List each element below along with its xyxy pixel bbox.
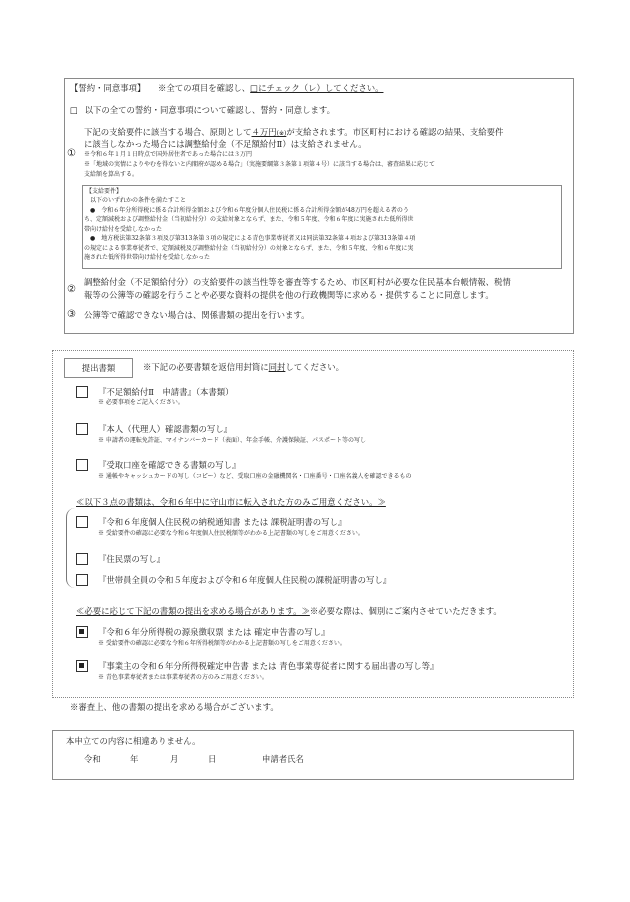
moved-in-heading: ≪以下３点の書類は、令和６年中に守山市に転入された方のみご用意ください。≫ — [76, 496, 386, 508]
requirement-2-line3: 施された低所得世帯向け給付を受給しなかった — [84, 253, 210, 262]
moved-in-bracket — [66, 508, 75, 588]
requirement-2-line1: ● 地方税法第32条第３項及び第313条第３項の規定による青色事業専従者又は同法… — [90, 234, 415, 243]
doc-checkbox-household-tax[interactable] — [76, 574, 88, 586]
item-1-text-b: が支給されます。市区町村における確認の結果、支給要件 — [286, 127, 503, 137]
requirements-intro: 以下のいずれかの条件を満たすこと — [90, 196, 186, 205]
signature-month-label[interactable]: 月 — [170, 753, 178, 765]
doc-title-id: 『本人（代理人）確認書類の写し』 — [98, 423, 232, 435]
as-needed-note: ※必要な際は、個別にご案内させていただきます。 — [310, 606, 502, 616]
doc-checkbox-withholding[interactable] — [76, 626, 88, 638]
requirement-2-line2: の規定による事業専従者で、定額減税及び調整給付金（当初給付分）の対象とならず、ま… — [84, 244, 413, 253]
signature-era: 令和 — [84, 753, 101, 765]
doc-checkbox-bank[interactable] — [76, 459, 88, 471]
signature-day-label[interactable]: 日 — [208, 753, 216, 765]
item-1-amount: ４万円 — [252, 127, 277, 137]
agree-all-row[interactable]: □ 以下の全ての誓約・同意事項について確認し、誓約・同意します。 — [70, 104, 335, 116]
doc-checkbox-application[interactable] — [76, 386, 88, 398]
instruction-text-b: してください。 — [285, 362, 344, 372]
doc-title-residence-cert: 『住民票の写し』 — [98, 553, 165, 565]
consent-header: 【誓約・同意事項】 ※全ての項目を確認し、□にチェック（レ）してください。 — [70, 82, 383, 94]
doc-title-application: 『不足額給付Ⅱ 申請書』（本書類） — [98, 386, 234, 398]
doc-title-business-return: 『事業主の令和６年分所得税確定申告書 または 青色事業専従者に関する届出書の写し… — [98, 660, 438, 672]
item-2-line2: 報等の公簿等の確認を行うことや必要な資料の提供を他の行政機関等に求める・提供する… — [84, 289, 494, 301]
as-needed-heading-row: ≪必要に応じて下記の書類の提出を求める場合があります。≫※必要な際は、個別にご案… — [76, 605, 502, 617]
as-needed-heading: ≪必要に応じて下記の書類の提出を求める場合があります。≫ — [76, 606, 310, 616]
doc-note-application: ※ 必要事項をご記入ください。 — [98, 398, 184, 407]
doc-title-resident-tax: 『令和６年度個人住民税の納税通知書 または 課税証明書の写し』 — [98, 516, 346, 528]
doc-checkbox-id[interactable] — [76, 423, 88, 435]
doc-checkbox-residence-cert[interactable] — [76, 553, 88, 565]
item-1-note2-line2: 支給額を算出する。 — [84, 170, 138, 179]
consent-header-label: 【誓約・同意事項】 — [70, 83, 145, 93]
agree-all-checkbox[interactable]: □ — [70, 105, 78, 115]
agree-all-label: 以下の全ての誓約・同意事項について確認し、誓約・同意します。 — [85, 105, 335, 115]
doc-title-household-tax: 『世帯員全員の令和５年度および令和６年度個人住民税の課税証明書の写し』 — [98, 574, 391, 586]
item-3-marker: ③ — [67, 309, 76, 321]
requirement-1-line2: ち、定額減税および調整給付金（当初給付分）の支給対象とならず、また、令和５年度、… — [84, 215, 414, 224]
doc-note-withholding: ※ 受給要件の確認に必要な令和６年所得税額等がわかる上記書類の写しをご用意くださ… — [98, 639, 346, 648]
consent-header-note-underlined: □にチェック（レ）してください。 — [250, 83, 383, 93]
doc-title-bank: 『受取口座を確認できる書類の写し』 — [98, 459, 240, 471]
item-2-marker: ② — [67, 284, 76, 296]
instruction-underlined: 同封 — [269, 362, 286, 372]
documents-instruction: ※下記の必要書類を返信用封筒に同封してください。 — [143, 361, 344, 373]
requirement-1-line3: 帯向け給付を受給しなかった — [84, 225, 162, 234]
applicant-name-label[interactable]: 申請者氏名 — [262, 753, 304, 765]
doc-note-resident-tax: ※ 受給要件の確認に必要な令和６年度個人住民税額等がわかる上記書類の写しをご用意… — [98, 529, 364, 538]
doc-note-id: ※ 申請者の運転免許証、マイナンバーカード（表面）、年金手帳、介護保険証、パスポ… — [98, 436, 366, 445]
signature-year-label[interactable]: 年 — [130, 753, 138, 765]
doc-note-bank: ※ 通帳やキャッシュカードの写し（コピー）など、受取口座の金融機関名・口座番号・… — [98, 472, 412, 481]
doc-note-business-return: ※ 青色事業専従者または事業専従者の方のみご用意ください。 — [98, 673, 268, 682]
doc-checkbox-business-return[interactable] — [76, 660, 88, 672]
documents-label: 提出書類 — [64, 358, 133, 378]
item-1-text-a: 下記の支給要件に該当する場合、原則として — [84, 127, 252, 137]
item-1-marker: ① — [67, 148, 76, 160]
item-1-note2-line1: ※「地域の実情によりやむを得ないと内閣府が認める場合」（実施要綱第３条第１項第４… — [84, 160, 435, 169]
item-2-line1: 調整給付金（不足額給付分）の支給要件の該当性等を審査等するため、市区町村が必要な… — [84, 276, 511, 288]
documents-footer-note: ※審査上、他の書類の提出を求める場合がございます。 — [70, 701, 279, 713]
consent-header-note: ※全ての項目を確認し、 — [158, 83, 250, 93]
requirements-title: 【支給要件】 — [86, 187, 122, 196]
doc-title-withholding: 『令和６年分所得税の源泉徴収票 または 確定申告書の写し』 — [98, 626, 329, 638]
item-3-line1: 公簿等で確認できない場合は、関係書類の提出を行います。 — [84, 309, 309, 321]
signature-statement: 本申立ての内容に相違ありません。 — [66, 735, 201, 747]
instruction-text-a: ※下記の必要書類を返信用封筒に — [143, 362, 269, 372]
doc-checkbox-resident-tax[interactable] — [76, 516, 88, 528]
item-1-line2: に該当しなかった場合には調整給付金（不足額給付Ⅱ）は支給されません。 — [84, 138, 367, 150]
item-1-note1: ※令和６年１月１日時点で国外居住者であった場合には３万円 — [84, 150, 252, 159]
requirement-1-line1: ● 令和６年分所得税に係る合計所得金額および令和６年度分個人住民税に係る合計所得… — [90, 206, 409, 215]
item-1-amount-note: (※) — [277, 130, 287, 137]
